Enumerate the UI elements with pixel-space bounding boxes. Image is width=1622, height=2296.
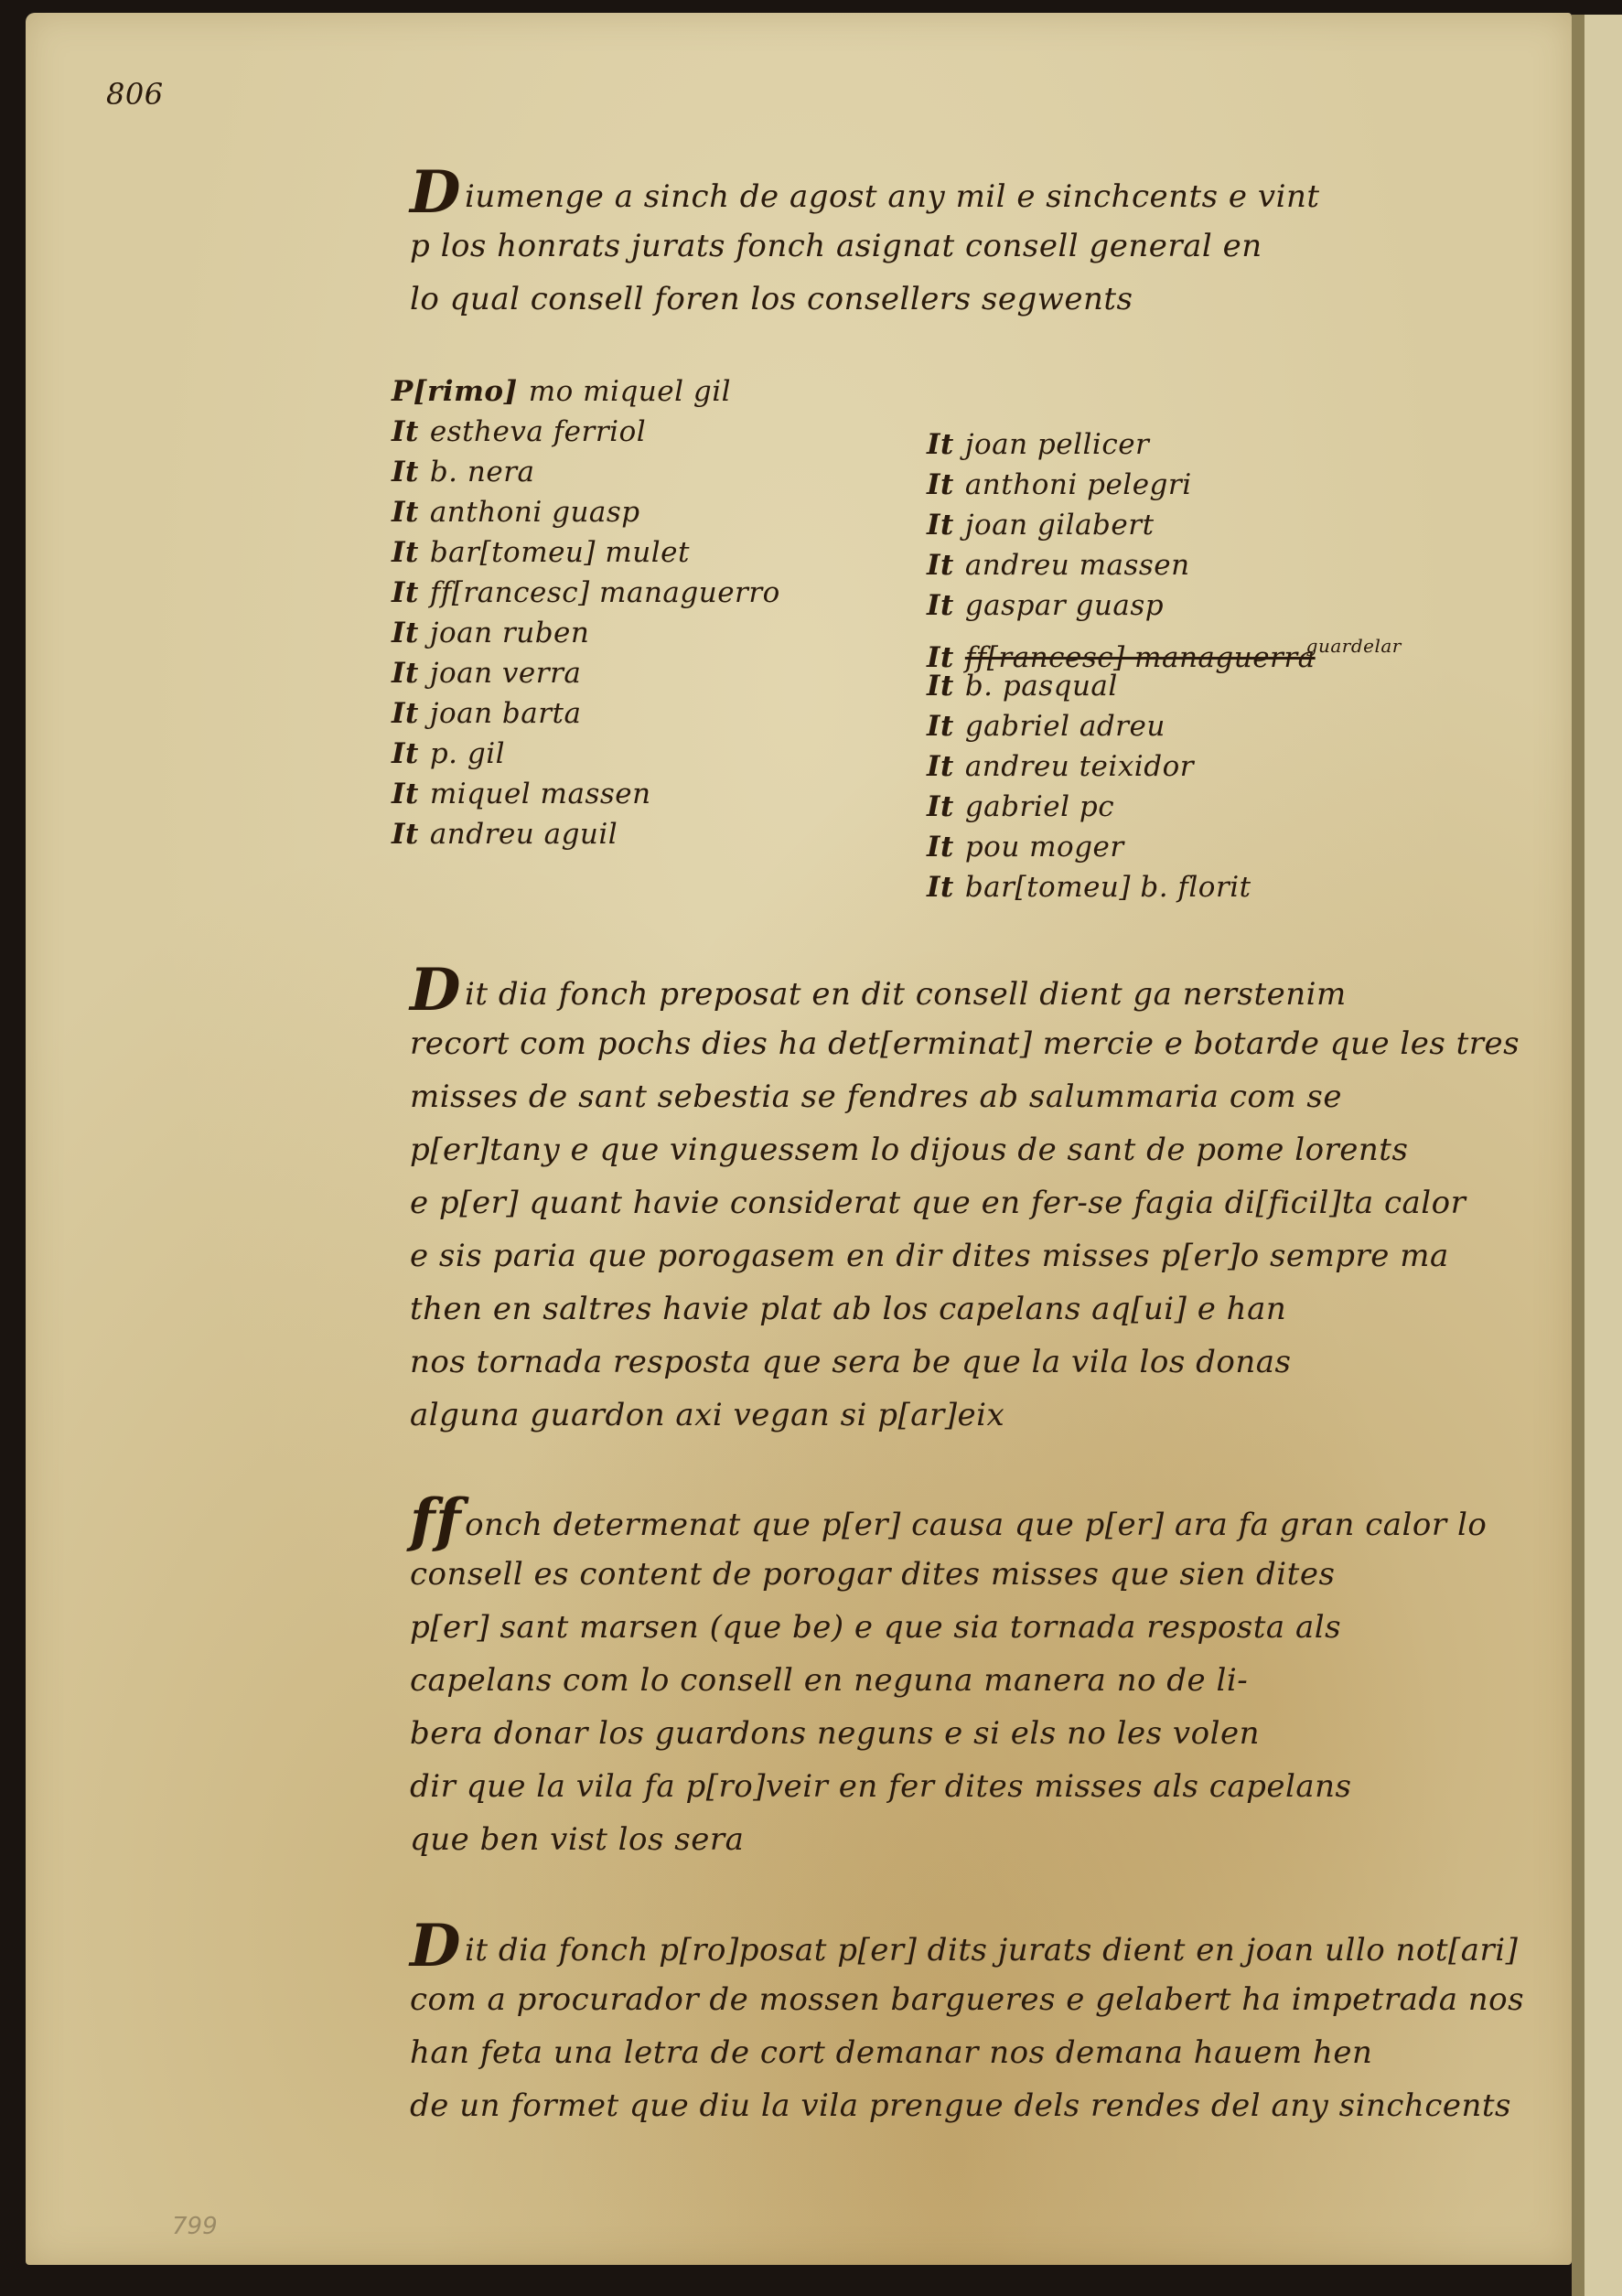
attendee: Itpou moger bbox=[927, 827, 1366, 867]
heading-paragraph: Diumenge a sinch de agost any mil e sinc… bbox=[410, 166, 1508, 326]
archive-number: 799 bbox=[172, 2213, 218, 2240]
attendee: Itmiquel massen bbox=[392, 774, 831, 814]
attendee: Itestheva ferriol bbox=[392, 412, 831, 452]
attendee-corrected: Itff[rancesc] managuerraguardelar bbox=[927, 626, 1366, 666]
attendee: Itjoan barta bbox=[392, 693, 831, 734]
adjacent-leaf-edge bbox=[1572, 15, 1622, 2296]
drop-initial: D bbox=[410, 1912, 461, 1980]
attendee: P[rimo]mo miquel gil bbox=[392, 371, 831, 412]
manuscript-folio: 806 Diumenge a sinch de agost any mil e … bbox=[26, 13, 1572, 2265]
attendee: Itbar[tomeu] mulet bbox=[392, 532, 831, 573]
folio-number: 806 bbox=[106, 77, 164, 112]
proposal-paragraph-1: Dit dia fonch preposat en dit consell di… bbox=[410, 964, 1508, 1442]
attendees-right-column: Itjoan pellicer Itanthoni pelegri Itjoan… bbox=[927, 424, 1366, 907]
attendee: Itjoan pellicer bbox=[927, 424, 1366, 465]
attendee: Itanthoni guasp bbox=[392, 492, 831, 532]
attendee: Itandreu teixidor bbox=[927, 746, 1366, 787]
attendee: Itanthoni pelegri bbox=[927, 465, 1366, 505]
heading-line-2: p los honrats jurats fonch asignat conse… bbox=[410, 220, 1508, 273]
attendee: Itgabriel adreu bbox=[927, 706, 1366, 746]
attendee: Itjoan gilabert bbox=[927, 505, 1366, 545]
drop-initial: D bbox=[410, 158, 461, 227]
drop-initial: ff bbox=[410, 1486, 461, 1555]
attendees-left-column: P[rimo]mo miquel gil Itestheva ferriol I… bbox=[392, 371, 831, 854]
drop-initial: D bbox=[410, 956, 461, 1025]
attendee: Itandreu massen bbox=[927, 545, 1366, 585]
proposal-paragraph-3: Dit dia fonch p[ro]posat p[er] dits jura… bbox=[410, 1920, 1508, 2132]
attendee: Itandreu aguil bbox=[392, 814, 831, 854]
correction-note: guardelar bbox=[1306, 635, 1402, 657]
attendee: Itff[rancesc] managuerro bbox=[392, 573, 831, 613]
attendee: Itbar[tomeu] b. florit bbox=[927, 867, 1366, 907]
resolution-paragraph-2: ffonch determenat que p[er] causa que p[… bbox=[410, 1495, 1508, 1866]
attendee: Itb. nera bbox=[392, 452, 831, 492]
attendee: Itjoan ruben bbox=[392, 613, 831, 653]
attendee: Itjoan verra bbox=[392, 653, 831, 693]
attendee: Itgaspar guasp bbox=[927, 585, 1366, 626]
heading-line-3: lo qual consell foren los consellers seg… bbox=[410, 273, 1508, 326]
heading-line-1: Diumenge a sinch de agost any mil e sinc… bbox=[410, 166, 1508, 220]
attendee: Itp. gil bbox=[392, 734, 831, 774]
attendee: Itgabriel pc bbox=[927, 787, 1366, 827]
